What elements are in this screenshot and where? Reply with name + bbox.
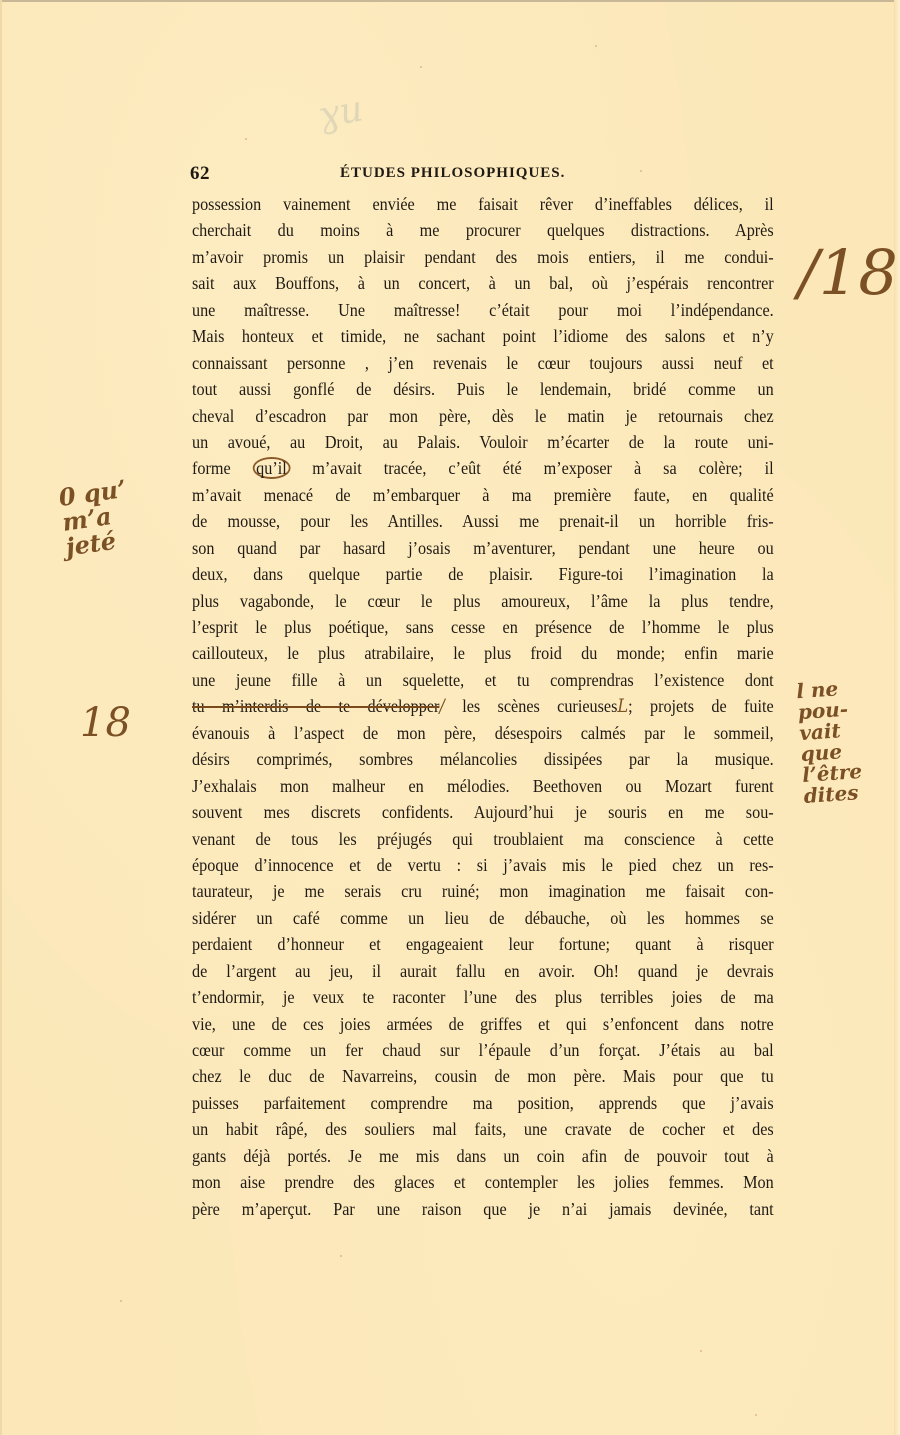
text-line: époque d’innocence et de vertu : si j’av…	[192, 852, 774, 878]
page-edge-right	[894, 0, 900, 1435]
text-line: évanouis à l’aspect de mon père, désespo…	[192, 720, 774, 746]
page-header: 62 ÉTUDES PHILOSOPHIQUES.	[190, 163, 775, 187]
text-line: t’endormir, je veux te raconter l’une de…	[192, 984, 774, 1010]
text-line: caillouteux, le plus atrabilaire, le plu…	[192, 640, 774, 666]
text-line: l’esprit le plus poétique, sans cesse en…	[192, 614, 774, 640]
text-line: de mousse, pour les Antilles. Aussi me p…	[192, 508, 774, 534]
text-line: taurateur, je me serais cru ruiné; mon i…	[192, 878, 774, 904]
page-edge-top	[0, 0, 900, 2]
text-line: de l’argent au jeu, il aurait fallu en a…	[192, 958, 774, 984]
margin-note-right-top: /18	[798, 240, 898, 305]
text-line: sait aux Bouffons, à un concert, à un ba…	[192, 270, 774, 296]
text-line: cherchait du moins à me procurer quelque…	[192, 217, 774, 243]
margin-note-right-bottom: l ne pou- vait que l’être dites	[796, 675, 895, 807]
text-line: son quand par hasard j’osais m’aventurer…	[192, 535, 774, 561]
text-line: souvent mes discrets confidents. Aujourd…	[192, 799, 774, 825]
text-line: une jeune fille à un squelette, et tu co…	[192, 667, 774, 693]
text-line: vie, une de ces joies armées de griffes …	[192, 1011, 774, 1037]
text-line: possession vainement enviée me faisait r…	[192, 191, 774, 217]
text-segment: ; projets de fuite	[628, 696, 774, 716]
text-line: cheval d’escadron par mon père, dès le m…	[192, 403, 774, 429]
text-line: gants déjà portés. Je me mis dans un coi…	[192, 1143, 774, 1169]
insertion-mark: L	[617, 696, 628, 717]
text-line: mon aise prendre des glaces et contemple…	[192, 1169, 774, 1195]
text-line: chez le duc de Navarreins, cousin de mon…	[192, 1063, 774, 1089]
text-line: m’avait menacé de m’embarquer à ma premi…	[192, 482, 774, 508]
struck-through-text: tu m’interdis de te développer	[192, 696, 439, 716]
text-line: connaissant personne , j’en revenais le …	[192, 350, 774, 376]
text-line: venant de tous les préjugés qui troublai…	[192, 826, 774, 852]
text-line: deux, dans quelque partie de plaisir. Fi…	[192, 561, 774, 587]
margin-note-left-top: 0 qu’ m’a jeté	[57, 471, 167, 560]
text-line: un avoué, au Droit, au Palais. Vouloir m…	[192, 429, 774, 455]
text-segment: les scènes curieuses	[445, 696, 618, 716]
text-line: Mais honteux et timide, ne sachant point…	[192, 323, 774, 349]
body-text: possession vainement enviée me faisait r…	[192, 191, 774, 1222]
page-number: 62	[190, 163, 210, 185]
text-line: plus vagabonde, le cœur le plus amoureux…	[192, 588, 774, 614]
text-line: m’avoir promis un plaisir pendant des mo…	[192, 244, 774, 270]
text-line: perdaient d’honneur et engageaient leur …	[192, 931, 774, 957]
text-line: une maîtresse. Une maîtresse! c’était po…	[192, 297, 774, 323]
text-line: un habit râpé, des souliers mal faits, u…	[192, 1116, 774, 1142]
margin-note-line: dites	[803, 780, 894, 807]
circled-word-mark: qu’il	[253, 457, 291, 479]
page-edge-left	[0, 0, 2, 1435]
margin-note-left-bottom: 18	[80, 702, 131, 744]
ghost-pencil-mark: ɣu	[315, 88, 366, 136]
text-line: cœur comme un fer chaud sur l’épaule d’u…	[192, 1037, 774, 1063]
text-line: désirs comprimés, sombres mélancolies di…	[192, 746, 774, 772]
text-line-circled: forme qu’il m’avait tracée, c’eût été m’…	[192, 455, 774, 481]
running-head: ÉTUDES PHILOSOPHIQUES.	[340, 165, 565, 182]
text-line-struck: tu m’interdis de te développer/ les scèn…	[192, 693, 774, 719]
text-line: père m’aperçut. Par une raison que je n’…	[192, 1196, 774, 1222]
text-line: tout aussi gonflé de désirs. Puis le len…	[192, 376, 774, 402]
text-line: sidérer un café comme un lieu de débauch…	[192, 905, 774, 931]
text-line: J’exhalais mon malheur en mélodies. Beet…	[192, 773, 774, 799]
text-segment: m’avait tracée, c’eût été m’exposer à sa…	[290, 458, 773, 478]
text-segment: forme	[192, 458, 253, 478]
text-line: puisses parfaitement comprendre ma posit…	[192, 1090, 774, 1116]
